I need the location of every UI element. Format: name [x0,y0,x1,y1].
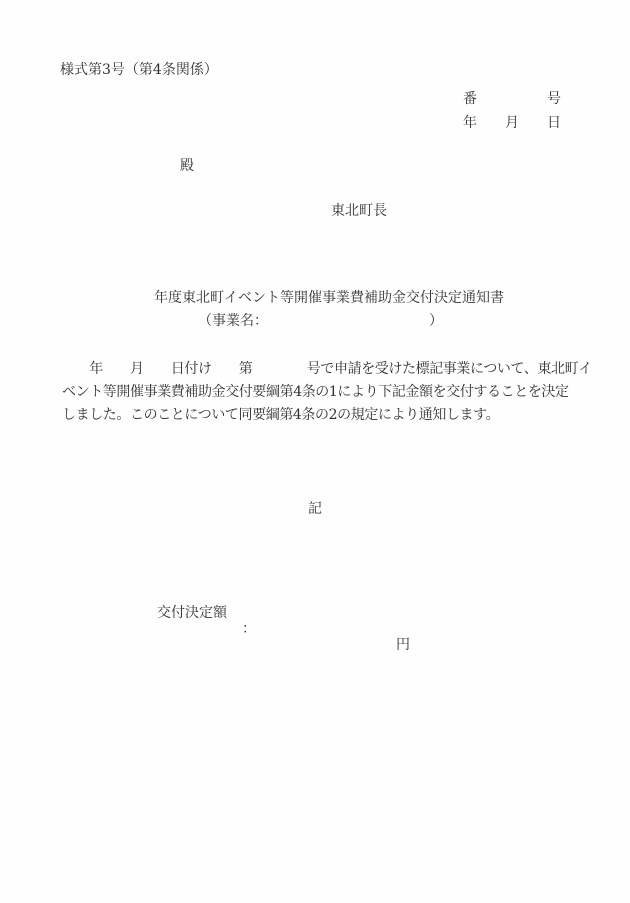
addressee-suffix: 殿 [180,158,194,174]
sender-title: 東北町長 [331,203,387,219]
document-number-line: 番 号 [463,91,561,107]
grant-amount-line: 交付決定額 ： 円 [0,589,630,607]
date-line: 年 月 日 [463,115,561,131]
body-line-2: ベント等開催事業費補助金交付要綱第4条の1により下記金額を交付することを決定 [62,384,569,400]
document-title: 年度東北町イベント等開催事業費補助金交付決定通知書 [0,290,630,306]
body-line-1: 年 月 日付け 第 号で申請を受けた標記事業について、東北町イ [62,361,592,377]
form-number: 様式第3号（第4条関係） [60,62,218,78]
section-marker: 記 [0,501,630,517]
grant-amount-unit: 円 [396,637,410,653]
project-name-line: （事業名： ） [198,313,443,329]
grant-amount-separator: ： [242,621,256,637]
body-line-3: しました。このことについて同要綱第4条の2の規定により通知します。 [62,407,499,423]
document-page: 様式第3号（第4条関係） 番 号 年 月 日 殿 東北町長 年度東北町イベント等… [0,0,630,903]
grant-amount-label: 交付決定額 [157,605,227,621]
